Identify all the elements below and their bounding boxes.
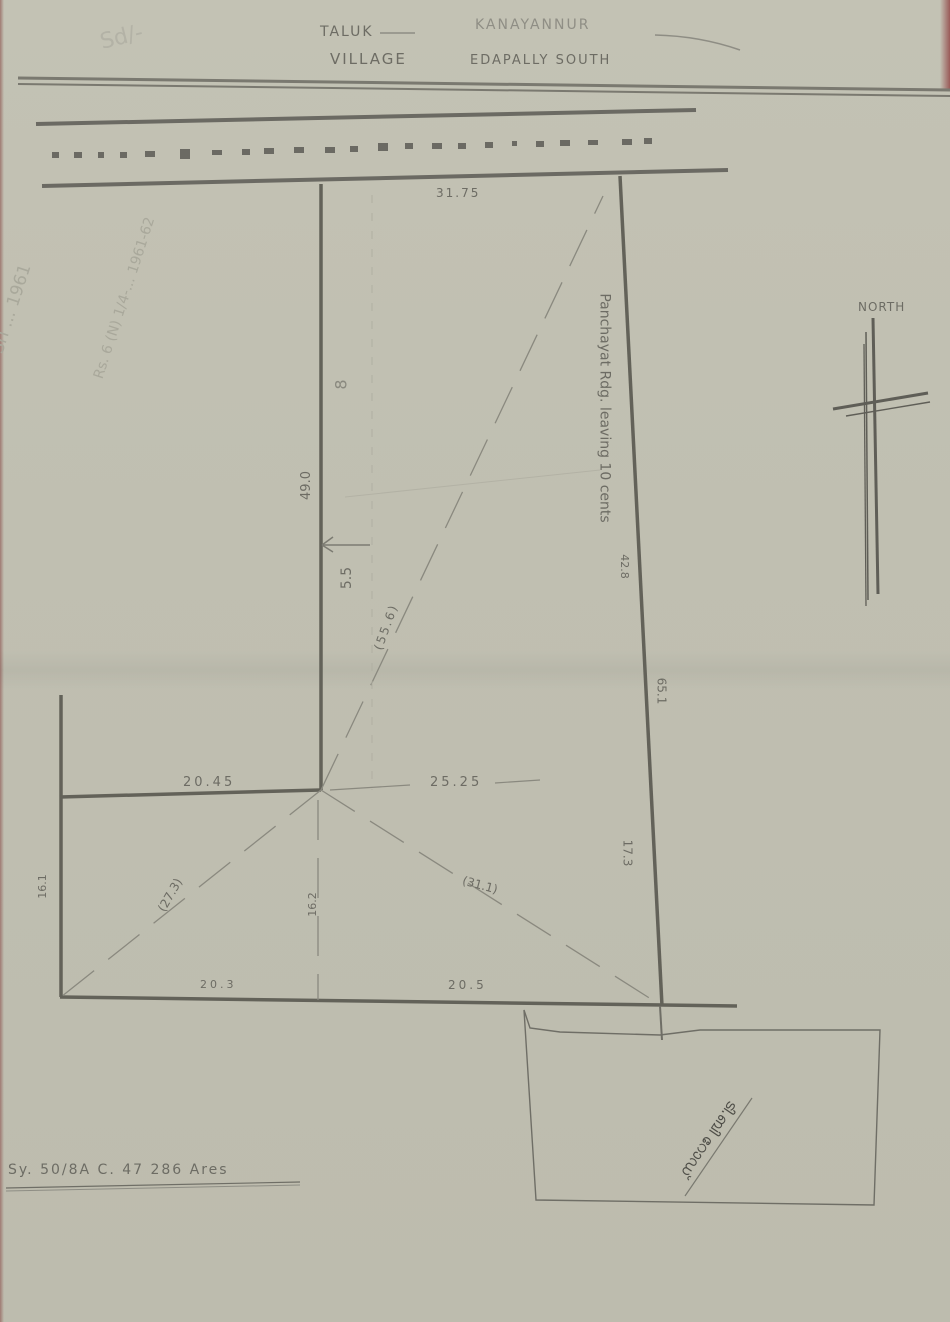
- dim-mid-right-width: 25.25: [430, 775, 482, 790]
- dim-right-upper-height: 42.8: [618, 554, 631, 579]
- north-arrow-lines: [833, 318, 930, 606]
- village-value: EDAPALLY SOUTH: [470, 53, 611, 68]
- top-double-line: [18, 78, 950, 96]
- dim-top-width: 31.75: [436, 186, 480, 200]
- dim-right-mid-height: 65.1: [654, 678, 668, 705]
- dim-mid-left-width: 20.45: [183, 775, 235, 790]
- road-edge-lower: [42, 170, 728, 186]
- dim-offset-marker: 5.5: [339, 567, 355, 589]
- dim-lower-left-height: 16.1: [36, 874, 49, 899]
- dim-lower-mid-height: 16.2: [306, 892, 319, 917]
- survey-area-note: Sy. 50/8A C. 47 286 Ares: [8, 1162, 229, 1178]
- north-label: NORTH: [858, 300, 905, 314]
- dim-bottom-left-width: 20.3: [200, 978, 237, 991]
- dim-left-upper-height: 49.0: [299, 471, 314, 500]
- dim-bottom-right-width: 20.5: [448, 978, 487, 992]
- plot-boundary: [60, 176, 737, 1006]
- bottom-road-box: [524, 1010, 880, 1205]
- taluk-value: KANAYANNUR: [475, 17, 590, 33]
- village-label: VILLAGE: [330, 50, 407, 68]
- diagonal-construction-lines: [61, 196, 662, 1006]
- road-edge-upper: [36, 110, 696, 124]
- road-dash-marks: [52, 138, 652, 159]
- survey-sketch-sheet: TALUK KANAYANNUR VILLAGE EDAPALLY SOUTH …: [0, 0, 950, 1322]
- dim-right-lower-height: 17.3: [620, 840, 634, 867]
- dim-strip-marker: 8: [332, 379, 351, 389]
- panchayat-road-note: Panchayat Rdg. leaving 10 cents: [597, 293, 613, 522]
- taluk-label: TALUK: [320, 24, 374, 40]
